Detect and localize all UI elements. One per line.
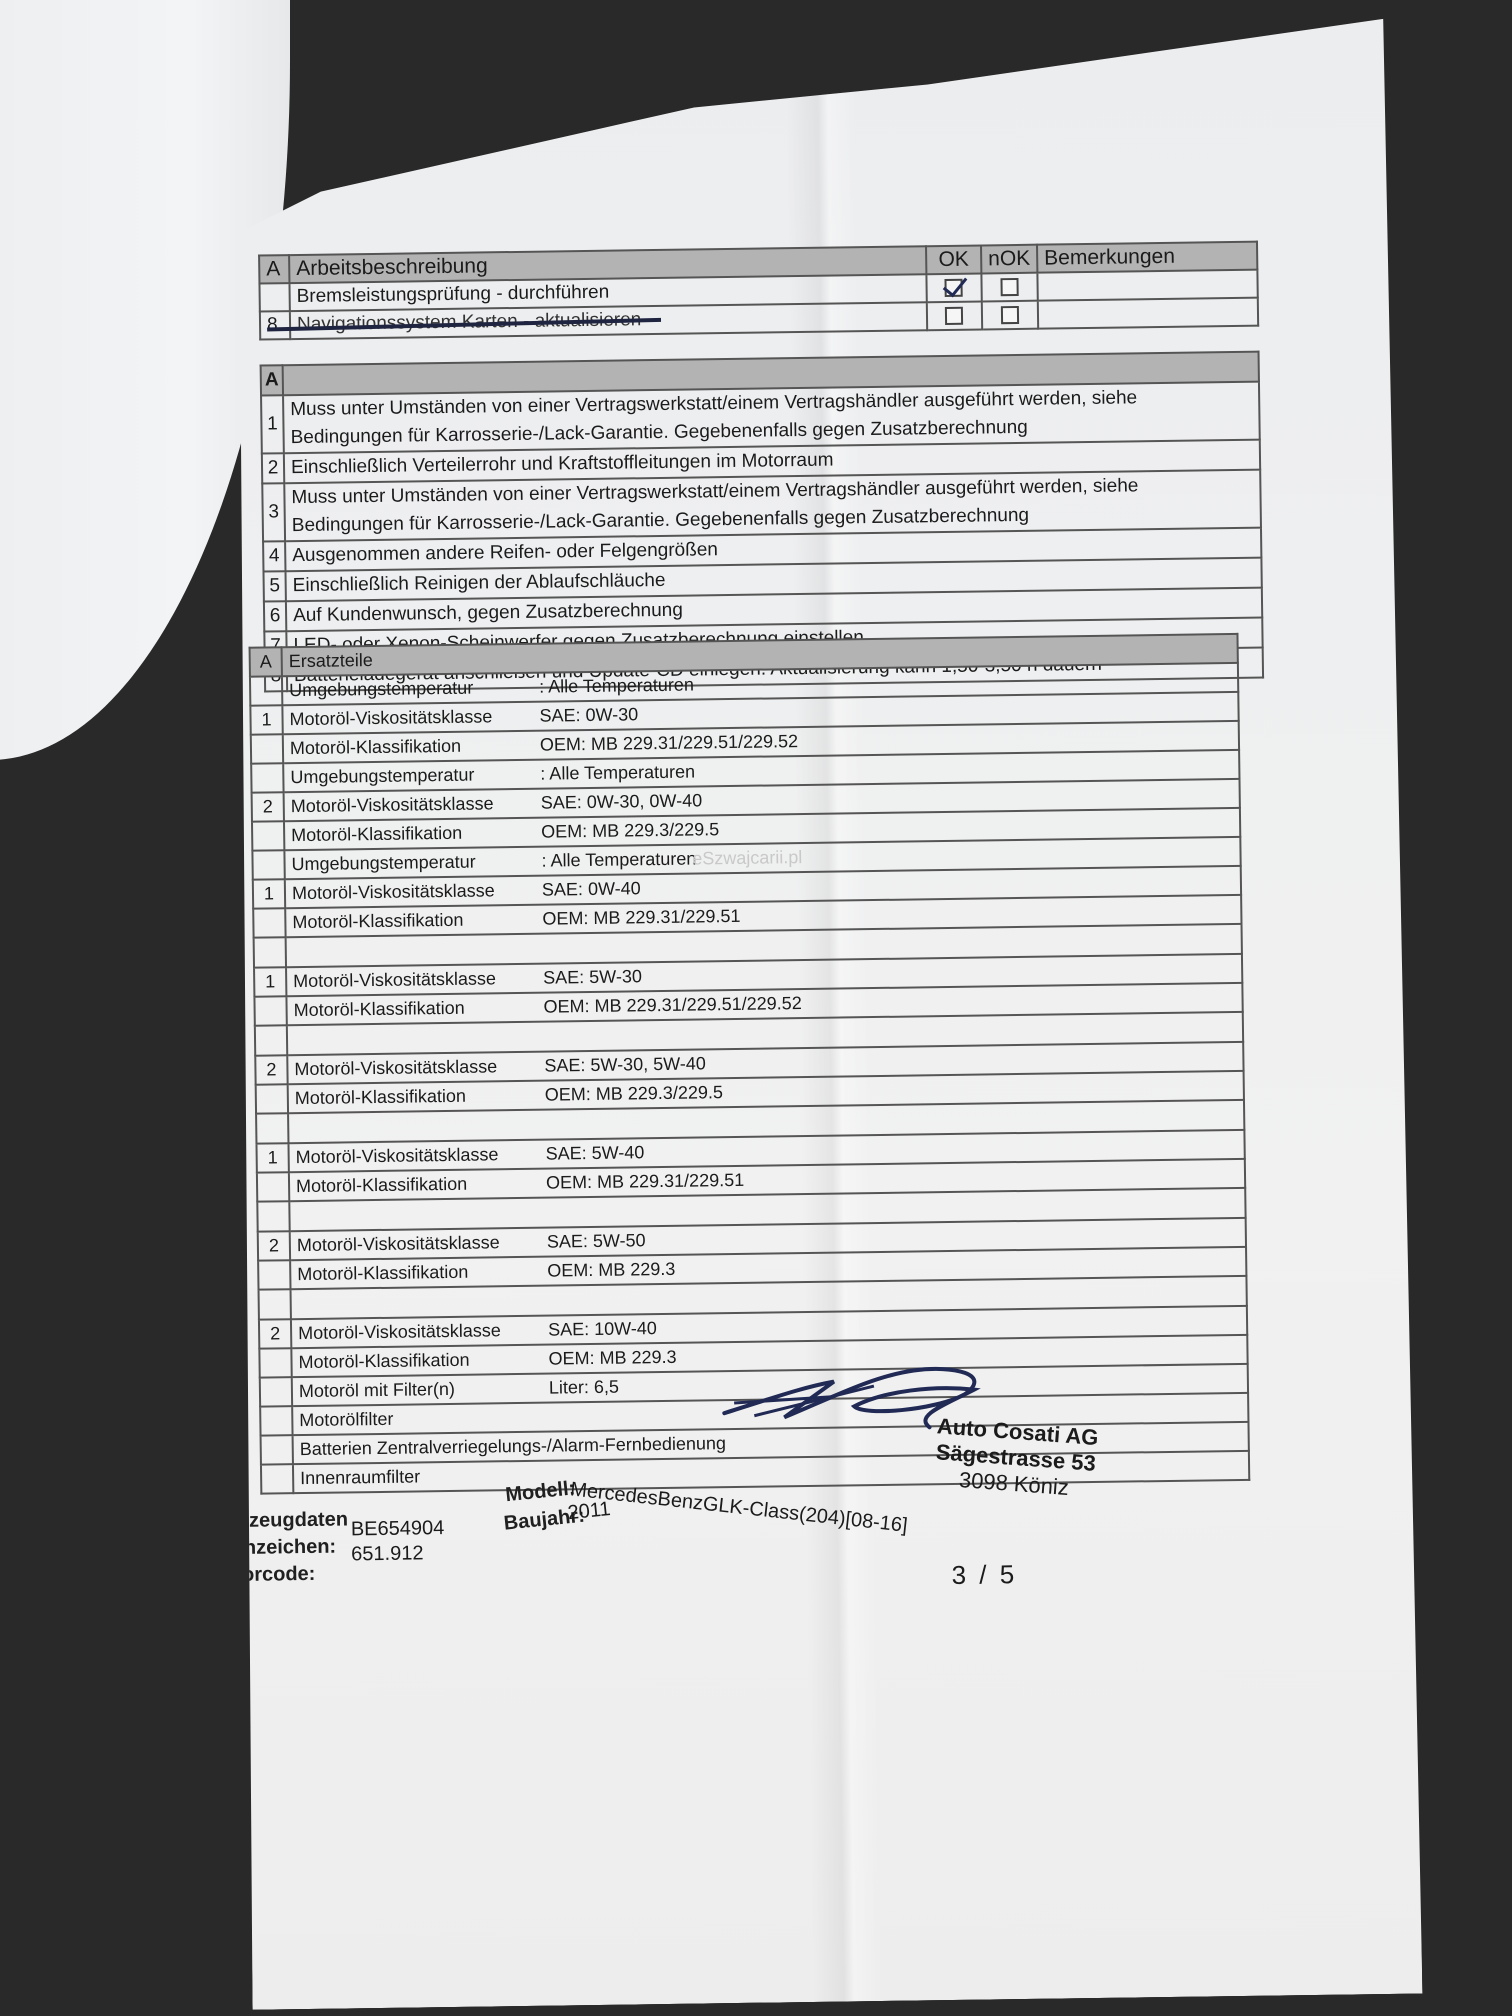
work-row-remarks (1037, 270, 1257, 301)
parts-row-a (253, 908, 285, 937)
parts-row-label (294, 1042, 544, 1045)
parts-row-label (293, 954, 543, 957)
work-description-table: A Arbeitsbeschreibung OK nOK Bemerkungen… (258, 241, 1259, 341)
parts-row-value: SAE: 0W-30, 0W-40 (541, 790, 703, 813)
vehicle-data-label: Fahrzeugdaten (206, 1508, 349, 1533)
parts-row-a: 2 (255, 1055, 287, 1084)
parts-row-a: 2 (259, 1319, 291, 1348)
work-row-remarks (1038, 298, 1258, 329)
note-number: 1 (261, 395, 284, 453)
parts-row-label: Motoröl-Klassifikation (295, 1085, 545, 1109)
parts-row-label: Umgebungstemperatur (290, 764, 540, 788)
parts-row-value: SAE: 5W-30 (543, 966, 642, 988)
document-sheet: A Arbeitsbeschreibung OK nOK Bemerkungen… (225, 19, 1422, 2010)
parts-row-a (256, 1113, 288, 1143)
model-label: Modell: (504, 1477, 576, 1507)
work-row-text: Navigationssystem Karten - aktualisieren (297, 309, 642, 335)
parts-row-a (255, 1025, 287, 1055)
parts-row-a (257, 1172, 289, 1201)
parts-row-value: : Alle Temperaturen (539, 675, 694, 698)
engine-code-value: 651.912 (351, 1542, 424, 1566)
parts-row-value: OEM: MB 229.3/229.5 (541, 819, 719, 842)
parts-row-value: SAE: 0W-30 (539, 704, 638, 726)
parts-row-a: 2 (252, 792, 284, 821)
parts-row-value: SAE: 5W-40 (546, 1142, 645, 1164)
work-row-nok-cell (982, 301, 1038, 330)
parts-row-a: 1 (254, 967, 286, 996)
parts-row-label: Umgebungstemperatur (291, 851, 541, 875)
parts-row-a (252, 821, 284, 850)
parts-row-value: OEM: MB 229.3/229.5 (545, 1082, 723, 1105)
header-ok: OK (926, 245, 981, 274)
parts-row-label: Motoröl-Viskositätsklasse (298, 1320, 548, 1344)
header-remarks: Bemerkungen (1037, 242, 1257, 273)
parts-row-value: SAE: 5W-50 (547, 1230, 646, 1252)
page-number: 3 / 5 (951, 1559, 1017, 1591)
parts-row-a: 2 (258, 1231, 290, 1260)
watermark-text: eSzwajcarii.pl (692, 847, 802, 869)
note-number: 4 (263, 541, 285, 571)
parts-row-a (259, 1289, 291, 1319)
note-number: 2 (262, 453, 284, 483)
parts-row-label: Motoröl-Klassifikation (291, 822, 541, 846)
engine-code-label: Motorcode: (206, 1563, 315, 1588)
plate-value: BE654904 (351, 1517, 445, 1541)
parts-row-label: Motoröl-Viskositätsklasse (297, 1232, 547, 1256)
parts-row-value: OEM: MB 229.31/229.51/229.52 (543, 993, 801, 1018)
header-nok: nOK (981, 245, 1037, 274)
parts-row-a: 1 (256, 1143, 288, 1172)
notes-header-a: A (261, 365, 283, 395)
parts-row-label: Motoröl-Viskositätsklasse (296, 1144, 546, 1168)
work-row-a: 8 (260, 311, 290, 339)
parts-row-a (251, 734, 283, 763)
document-footer: Fahrzeugdaten Kennzeichen: Motorcode: BE… (244, 1349, 1418, 1665)
parts-row-value: OEM: MB 229.31/229.51 (546, 1170, 744, 1194)
parts-row-label: Motoröl-Klassifikation (297, 1261, 547, 1285)
plate-label: Kennzeichen: (206, 1536, 336, 1561)
parts-row-a (256, 1084, 288, 1113)
parts-row-label: Motoröl-Klassifikation (296, 1173, 546, 1197)
parts-row-a: 1 (253, 879, 285, 908)
parts-row-a (254, 937, 286, 967)
parts-row-a (251, 763, 283, 792)
parts-row-label: Motoröl-Viskositätsklasse (289, 706, 539, 730)
parts-row-label: Motoröl-Klassifikation (290, 735, 540, 759)
parts-row-a (257, 1201, 289, 1231)
parts-row-label (298, 1306, 548, 1309)
parts-row-label: Motoröl-Klassifikation (292, 909, 542, 933)
work-row-ok-cell (927, 301, 982, 330)
parts-row-label (297, 1218, 547, 1221)
parts-row-value: OEM: MB 229.3 (547, 1259, 675, 1282)
parts-header-a: A (250, 647, 282, 676)
parts-row-a (252, 850, 284, 879)
parts-row-label: Motoröl-Viskositätsklasse (293, 968, 543, 992)
parts-row-value: SAE: 5W-30, 5W-40 (544, 1053, 706, 1076)
ok-checkbox[interactable] (945, 279, 963, 297)
parts-row-a (250, 676, 282, 705)
note-number: 3 (262, 483, 285, 541)
dealer-address: Auto Cosati AG Sägestrasse 53 3098 Köniz (932, 1413, 1099, 1503)
header-a: A (259, 255, 289, 283)
parts-row-value: OEM: MB 229.31/229.51 (542, 906, 740, 930)
nok-checkbox[interactable] (1001, 306, 1019, 324)
parts-row-label (295, 1130, 545, 1133)
parts-row-label: Motoröl-Viskositätsklasse (291, 793, 541, 817)
parts-row-a (258, 1260, 290, 1289)
work-row-nok-cell (981, 273, 1037, 302)
year-value: 2011 (567, 1498, 612, 1525)
work-row-ok-cell (926, 273, 981, 302)
ok-checkbox[interactable] (945, 307, 963, 325)
parts-row-a (254, 996, 286, 1025)
parts-row-value: SAE: 0W-40 (542, 878, 641, 900)
note-number: 5 (263, 571, 285, 601)
note-number: 6 (264, 601, 286, 631)
nok-checkbox[interactable] (1000, 278, 1018, 296)
parts-row-label: Motoröl-Klassifikation (293, 997, 543, 1021)
parts-row-value: OEM: MB 229.31/229.51/229.52 (540, 731, 798, 756)
parts-row-label: Motoröl-Viskositätsklasse (292, 880, 542, 904)
parts-row-value: SAE: 10W-40 (548, 1318, 657, 1341)
parts-row-a: 1 (250, 705, 282, 734)
parts-row-value: : Alle Temperaturen (541, 849, 696, 872)
work-row-text: Bremsleistungsprüfung - durchführen (297, 282, 610, 307)
parts-row-label: Umgebungstemperatur (289, 677, 539, 701)
model-value: MercedesBenzGLK-Class(204)[08-16] (569, 1478, 909, 1537)
work-row-a (259, 283, 289, 311)
parts-row-value: : Alle Temperaturen (540, 762, 695, 785)
parts-row-label: Motoröl-Viskositätsklasse (294, 1056, 544, 1080)
